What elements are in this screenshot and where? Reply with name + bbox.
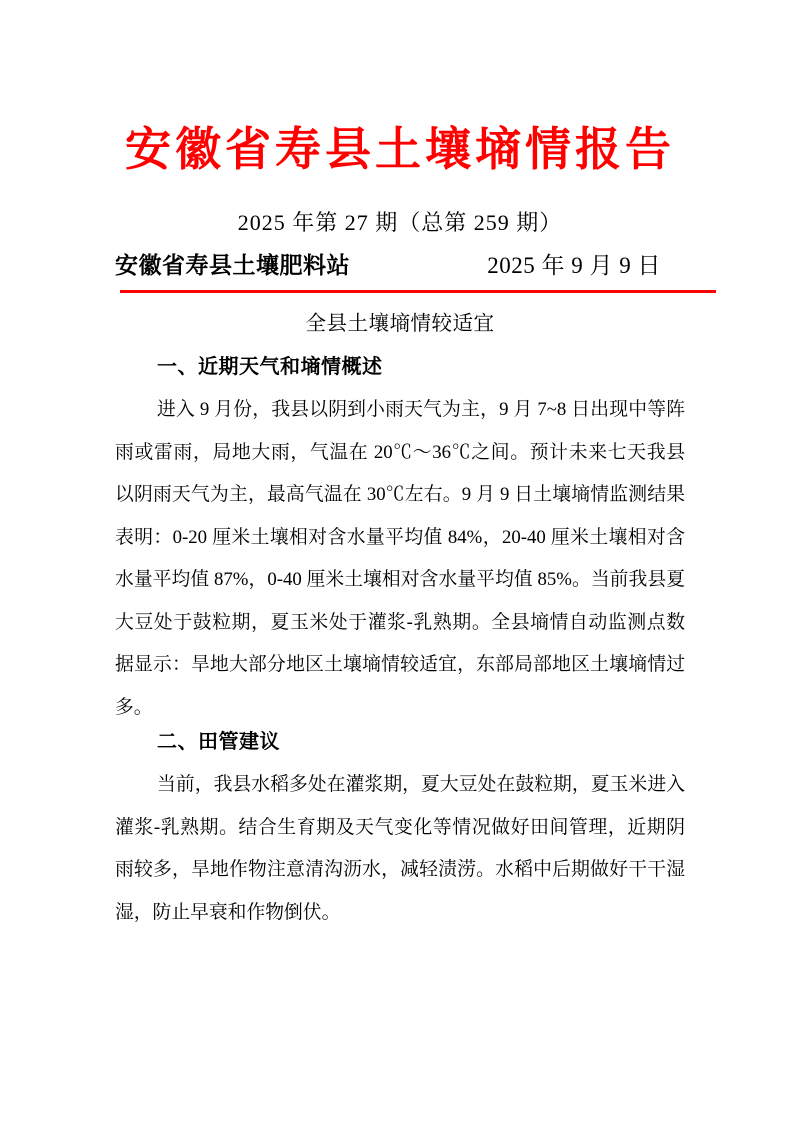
section1-heading: 一、近期天气和墒情概述	[115, 346, 685, 389]
paragraph-line: 雨或雷雨，局地大雨，气温在 20℃～36℃之间。预计未来七天我县	[115, 432, 685, 475]
subject-line: 全县土壤墒情较适宜	[115, 303, 685, 346]
issuer-name: 安徽省寿县土壤肥料站	[115, 248, 350, 282]
paragraph-line: 以阴雨天气为主，最高气温在 30℃左右。9 月 9 日土壤墒情监测结果	[115, 474, 685, 517]
paragraph-line: 湿，防止早衰和作物倒伏。	[115, 892, 685, 935]
paragraph-line: 进入 9 月份，我县以阴到小雨天气为主，9 月 7~8 日出现中等阵	[115, 389, 685, 432]
section1-paragraph: 进入 9 月份，我县以阴到小雨天气为主，9 月 7~8 日出现中等阵 雨或雷雨，…	[115, 389, 685, 729]
section2-heading: 二、田管建议	[115, 721, 685, 764]
paragraph-line: 表明：0-20 厘米土壤相对含水量平均值 84%，20-40 厘米土壤相对含	[115, 517, 685, 560]
paragraph-line: 大豆处于鼓粒期，夏玉米处于灌浆-乳熟期。全县墒情自动监测点数	[115, 602, 685, 645]
paragraph-line: 灌浆-乳熟期。结合生育期及天气变化等情况做好田间管理，近期阴	[115, 807, 685, 850]
document-page: 安徽省寿县土壤墒情报告 2025 年第 27 期（总第 259 期） 安徽省寿县…	[0, 0, 793, 1122]
publish-date: 2025 年 9 月 9 日	[487, 249, 685, 283]
paragraph-line: 雨较多，旱地作物注意清沟沥水，减轻渍涝。水稻中后期做好干干湿	[115, 849, 685, 892]
paragraph-line: 当前，我县水稻多处在灌浆期，夏大豆处在鼓粒期，夏玉米进入	[115, 764, 685, 807]
report-title: 安徽省寿县土壤墒情报告	[115, 120, 685, 178]
issue-number-line: 2025 年第 27 期（总第 259 期）	[115, 206, 685, 240]
header-meta-row: 安徽省寿县土壤肥料站 2025 年 9 月 9 日	[115, 248, 685, 283]
paragraph-line: 水量平均值 87%，0-40 厘米土壤相对含水量平均值 85%。当前我县夏	[115, 559, 685, 602]
red-divider-rule	[120, 290, 716, 293]
section2-paragraph: 当前，我县水稻多处在灌浆期，夏大豆处在鼓粒期，夏玉米进入 灌浆-乳熟期。结合生育…	[115, 764, 685, 934]
paragraph-line: 据显示：旱地大部分地区土壤墒情较适宜，东部局部地区土壤墒情过	[115, 644, 685, 687]
